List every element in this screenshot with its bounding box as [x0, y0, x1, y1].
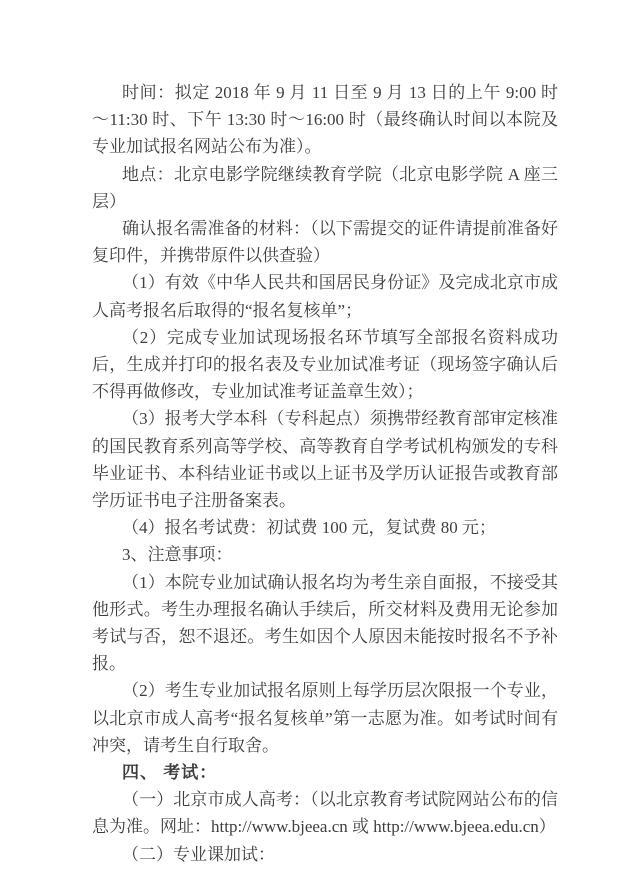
paragraph-exam-major-test: （二）专业课加试： — [92, 841, 558, 868]
paragraph-notes-heading: 3、注意事项： — [92, 541, 558, 568]
paragraph-material-1-id: （1）有效《中华人民共和国居民身份证》及完成北京市成人高考报名后取得的“报名复核… — [92, 269, 558, 323]
paragraph-material-4-fee: （4）报名考试费：初试费 100 元，复试费 80 元； — [92, 514, 558, 541]
document-page: 时间：拟定 2018 年 9 月 11 日至 9 月 13 日的上午 9:00 … — [0, 0, 620, 877]
paragraph-material-3-degree: （3）报考大学本科（专科起点）须携带经教育部审定核准的国民教育系列高等学校、高等… — [92, 405, 558, 514]
paragraph-confirm-time: 时间：拟定 2018 年 9 月 11 日至 9 月 13 日的上午 9:00 … — [92, 79, 558, 161]
paragraph-material-2-form: （2）完成专业加试现场报名环节填写全部报名资料成功后，生成并打印的报名表及专业加… — [92, 324, 558, 406]
section-heading-exam: 四、 考试： — [92, 759, 558, 786]
paragraph-confirm-location: 地点：北京电影学院继续教育学院（北京电影学院 A 座三层） — [92, 161, 558, 215]
paragraph-materials-intro: 确认报名需准备的材料：（以下需提交的证件请提前准备好复印件，并携带原件以供查验） — [92, 215, 558, 269]
paragraph-note-2: （2）考生专业加试报名原则上每学历层次限报一个专业，以北京市成人高考“报名复核单… — [92, 677, 558, 759]
paragraph-exam-adult-gaokao: （一）北京市成人高考：（以北京教育考试院网站公布的信息为准。网址：http://… — [92, 786, 558, 840]
paragraph-note-1: （1）本院专业加试确认报名均为考生亲自面报，不接受其他形式。考生办理报名确认手续… — [92, 569, 558, 678]
